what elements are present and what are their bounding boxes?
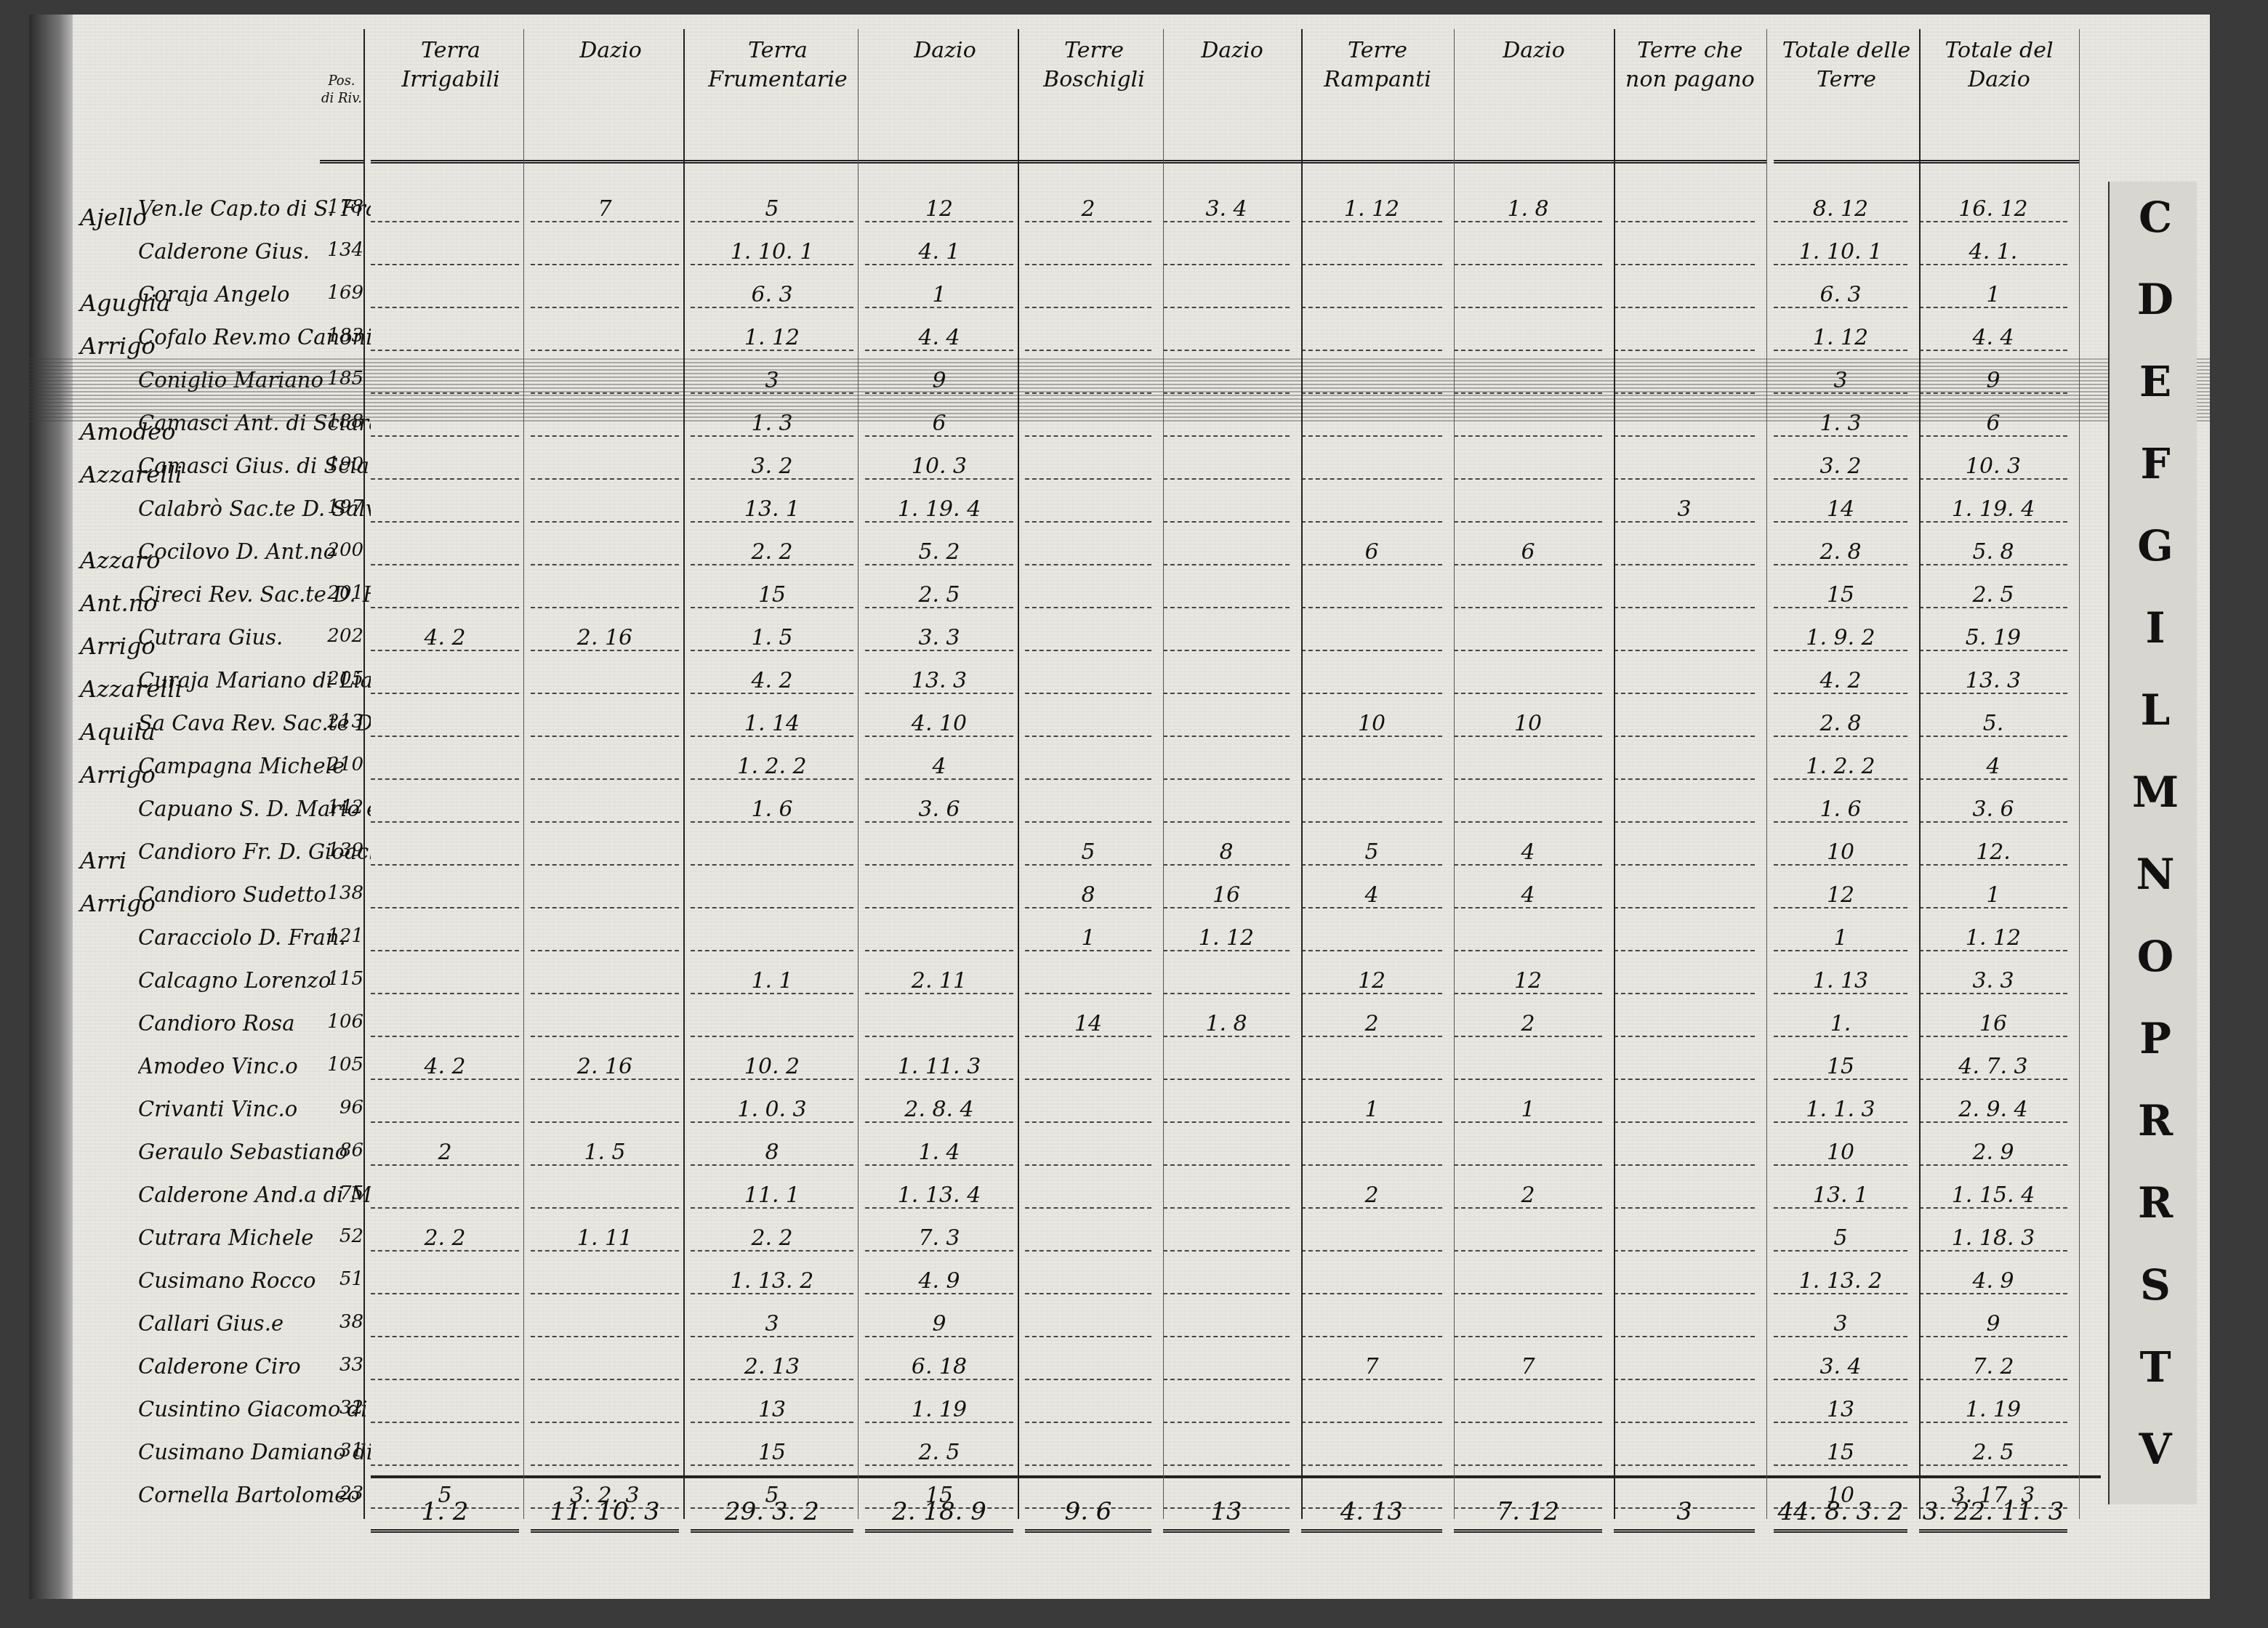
reference-number: 31 [320,1440,363,1462]
cell-d_irr [531,1354,679,1380]
index-letter-tab: F [2115,439,2195,488]
cell-d_bosc [1163,411,1290,437]
reference-number: 200 [320,539,363,561]
reference-number: 115 [320,968,363,990]
cell-t_bosc [1025,711,1151,737]
ledger-row: Caracciolo D. Fran.12111. 1211. 12 [138,925,2115,963]
cell-d_irr: 1. 5 [531,1140,679,1166]
cell-d_frum: 7. 3 [865,1225,1013,1252]
cell-d_ramp [1454,1397,1602,1423]
header-line2: Terre [1774,65,1919,94]
cell-t_nonpag [1614,454,1755,480]
total-tot_terre: 44. 8. 3. 2 [1774,1497,1907,1533]
cell-d_bosc: 16 [1163,882,1290,908]
cell-t_frum: 13. 1 [691,496,853,523]
column-rule [363,29,365,1519]
cell-d_ramp: 7 [1454,1354,1602,1380]
cell-tot_dazio: 3. 6 [1919,797,2067,823]
cell-t_frum: 4. 2 [691,668,853,694]
cell-t_ramp [1301,1140,1442,1166]
cell-t_irr [371,454,519,480]
cell-tot_dazio: 7. 2 [1919,1354,2067,1380]
cell-d_irr [531,668,679,694]
header-underline [320,153,363,164]
cell-t_nonpag [1614,1097,1755,1123]
cell-tot_dazio: 1 [1919,282,2067,308]
cell-t_bosc: 1 [1025,925,1151,951]
cell-d_irr [531,239,679,265]
ledger-row: Coniglio Mariano1853939 [138,368,2115,406]
header-underline [1454,153,1614,164]
header-d_irr: Dazio [531,36,691,160]
cell-t_frum: 15 [691,582,853,608]
header-line1: Terra [371,36,531,65]
header-underline [531,153,691,164]
cell-t_bosc [1025,968,1151,994]
cell-t_bosc [1025,282,1151,308]
header-underline [691,153,865,164]
reference-number: 185 [320,368,363,390]
header-underline [1163,153,1301,164]
index-letter-tab: I [2115,603,2195,653]
cell-t_irr [371,968,519,994]
cell-d_bosc [1163,239,1290,265]
cell-tot_dazio: 5. 8 [1919,539,2067,565]
cell-t_irr [371,539,519,565]
ledger-row: Calabrò Sac.te D. Salv.19713. 11. 19. 43… [138,496,2115,534]
cell-d_bosc [1163,625,1290,651]
cell-t_bosc [1025,325,1151,351]
cell-t_ramp [1301,925,1442,951]
cell-d_irr [531,839,679,866]
cell-d_bosc [1163,1354,1290,1380]
reference-number: 202 [320,625,363,647]
cell-tot_dazio: 2. 5 [1919,1440,2067,1466]
cell-d_bosc [1163,1440,1290,1466]
cell-d_bosc [1163,1311,1290,1337]
cell-t_irr [371,496,519,523]
cell-t_nonpag [1614,882,1755,908]
cell-t_irr [371,711,519,737]
cell-d_ramp [1454,239,1602,265]
cell-tot_terre: 14 [1774,496,1907,523]
cell-d_irr [531,411,679,437]
cell-t_frum: 11. 1 [691,1182,853,1209]
cell-tot_terre: 2. 8 [1774,539,1907,565]
ledger-row: Cocilovo D. Ant.no2002. 25. 2662. 85. 8 [138,539,2115,577]
ledger-row: Capuano S. D. Mario e Gp.1421. 63. 61. 6… [138,797,2115,834]
cell-d_ramp: 2 [1454,1182,1602,1209]
cell-d_irr: 2. 16 [531,1054,679,1080]
cell-d_ramp [1454,1225,1602,1252]
cell-tot_dazio: 13. 3 [1919,668,2067,694]
total-d_frum: 2. 18. 9 [865,1497,1013,1533]
header-t_irr: TerraIrrigabili [371,36,531,160]
cell-d_frum: 10. 3 [865,454,1013,480]
cell-d_bosc [1163,1140,1290,1166]
cell-tot_terre: 1. 13 [1774,968,1907,994]
reference-number: 139 [320,839,363,861]
header-line1: Dazio [1163,36,1301,65]
cell-d_ramp [1454,582,1602,608]
cell-d_ramp [1454,1140,1602,1166]
header-line2: Dazio [1919,65,2079,94]
column-rule [1614,29,1615,1519]
cell-tot_terre: 15 [1774,582,1907,608]
cell-t_ramp: 1. 12 [1301,196,1442,222]
ledger-row: Cireci Rev. Sac.te D. Fr.co201152. 5152.… [138,582,2115,620]
cell-t_bosc [1025,754,1151,780]
cell-t_nonpag [1614,1011,1755,1037]
index-letter-tab: R [2115,1096,2195,1145]
cell-d_frum: 4. 4 [865,325,1013,351]
column-rule [523,29,524,1519]
cell-tot_terre: 1. 2. 2 [1774,754,1907,780]
cell-d_bosc [1163,668,1290,694]
index-letter-tab: C [2115,193,2195,242]
total-t_ramp: 4. 13 [1301,1497,1442,1533]
header-line2: non pagano [1614,65,1766,94]
reference-number: 213 [320,711,363,733]
reference-number: 75 [320,1182,363,1204]
cell-tot_terre: 4. 2 [1774,668,1907,694]
cell-t_bosc [1025,1097,1151,1123]
cell-t_ramp: 2 [1301,1182,1442,1209]
cell-d_irr [531,1268,679,1294]
cell-t_irr [371,582,519,608]
total-t_frum: 29. 3. 2 [691,1497,853,1533]
cell-t_ramp [1301,754,1442,780]
reference-number: 106 [320,1011,363,1033]
cell-t_ramp [1301,411,1442,437]
cell-tot_terre: 3 [1774,368,1907,394]
cell-d_ramp [1454,411,1602,437]
cell-tot_dazio: 4. 7. 3 [1919,1054,2067,1080]
ledger-row: Curaja Mariano di Liano2054. 213. 34. 21… [138,668,2115,706]
cell-t_ramp: 2 [1301,1011,1442,1037]
cell-tot_terre: 3. 2 [1774,454,1907,480]
cell-t_frum [691,1011,853,1037]
column-rule [1163,29,1164,1519]
cell-tot_terre: 1. 3 [1774,411,1907,437]
header-line2: Boschigli [1025,65,1163,94]
reference-number: 201 [320,582,363,604]
cell-t_irr [371,1268,519,1294]
cell-t_bosc [1025,1054,1151,1080]
page-binding-edge [29,15,73,1599]
index-letter-tab: T [2115,1342,2195,1392]
reference-number: 51 [320,1268,363,1290]
ledger-row: Calcagno Lorenzo1151. 12. 1112121. 133. … [138,968,2115,1006]
cell-d_frum: 2. 5 [865,1440,1013,1466]
cell-d_ramp [1454,1440,1602,1466]
reference-number: 38 [320,1311,363,1333]
cell-d_frum [865,1011,1013,1037]
cell-t_irr [371,1354,519,1380]
total-d_ramp: 7. 12 [1454,1497,1602,1533]
total-t_nonpag: 3 [1614,1497,1755,1533]
reference-number: 134 [320,239,363,261]
reference-number: 169 [320,282,363,304]
cell-d_ramp [1454,668,1602,694]
cell-t_irr [371,1311,519,1337]
cell-t_bosc [1025,1140,1151,1166]
ledger-row: Campagna Michele2101. 2. 241. 2. 24 [138,754,2115,791]
cell-t_bosc: 14 [1025,1011,1151,1037]
cell-d_frum: 1 [865,282,1013,308]
column-rule [683,29,685,1519]
cell-tot_dazio: 1. 15. 4 [1919,1182,2067,1209]
cell-d_bosc: 8 [1163,839,1290,866]
cell-d_bosc [1163,1182,1290,1209]
ledger-row: Cutrara Michele522. 21. 112. 27. 351. 18… [138,1225,2115,1263]
cell-t_nonpag [1614,925,1755,951]
total-t_bosc: 9. 6 [1025,1497,1151,1533]
cell-tot_dazio: 16 [1919,1011,2067,1037]
column-rule [1766,29,1767,1519]
cell-t_nonpag [1614,582,1755,608]
cell-d_bosc [1163,711,1290,737]
total-d_irr: 11. 10. 3 [531,1497,679,1533]
total-t_irr: 1. 2 [371,1497,519,1533]
cell-t_bosc [1025,239,1151,265]
header-underline [371,153,531,164]
cell-t_bosc [1025,625,1151,651]
cell-t_irr: 4. 2 [371,625,519,651]
cell-t_irr [371,1097,519,1123]
cell-tot_terre: 1. 10. 1 [1774,239,1907,265]
cell-t_ramp: 12 [1301,968,1442,994]
cell-t_irr [371,882,519,908]
cell-d_bosc [1163,1054,1290,1080]
column-rule [858,29,858,1519]
header-underline [1774,153,1919,164]
cell-t_irr [371,1011,519,1037]
cell-d_bosc [1163,539,1290,565]
ledger-row: Cutrara Gius.2024. 22. 161. 53. 31. 9. 2… [138,625,2115,663]
cell-t_nonpag [1614,754,1755,780]
index-letter-tab: S [2115,1260,2195,1310]
ledger-row: Cusintino Giacomo di N.32131. 19131. 19 [138,1397,2115,1435]
cell-d_irr [531,1311,679,1337]
header-line1: Terre che [1614,36,1766,65]
header-line1: Terre [1301,36,1454,65]
ledger-row: Sa Cava Rev. Sac.te D. Gir.mo2131. 144. … [138,711,2115,749]
cell-tot_dazio: 6 [1919,411,2067,437]
cell-tot_dazio: 2. 9 [1919,1140,2067,1166]
ledger-row: Calderone And.a di Mano7511. 11. 13. 422… [138,1182,2115,1220]
cell-t_nonpag [1614,1311,1755,1337]
cell-tot_terre: 1. 12 [1774,325,1907,351]
cell-t_frum [691,882,853,908]
cell-t_frum: 1. 6 [691,797,853,823]
cell-t_irr [371,282,519,308]
cell-t_frum: 6. 3 [691,282,853,308]
cell-t_bosc [1025,1440,1151,1466]
cell-d_bosc [1163,282,1290,308]
cell-t_nonpag [1614,325,1755,351]
cell-t_ramp [1301,1397,1442,1423]
cell-d_irr [531,1182,679,1209]
cell-d_irr [531,968,679,994]
header-underline [1614,153,1766,164]
ledger-row: Calderone Gius.1341. 10. 14. 11. 10. 14.… [138,239,2115,277]
cell-d_irr [531,1440,679,1466]
header-line1: Totale del [1919,36,2079,65]
header-underline [1025,153,1163,164]
reference-number: 138 [320,882,363,904]
cell-d_ramp [1454,496,1602,523]
cell-d_frum: 4. 9 [865,1268,1013,1294]
cell-t_frum: 13 [691,1397,853,1423]
cell-tot_terre: 1. 6 [1774,797,1907,823]
cell-t_frum: 15 [691,1440,853,1466]
cell-tot_dazio: 4. 1. [1919,239,2067,265]
cell-d_ramp [1454,454,1602,480]
cell-t_bosc [1025,582,1151,608]
cell-d_ramp [1454,282,1602,308]
cell-d_ramp: 12 [1454,968,1602,994]
cell-t_frum: 2. 2 [691,1225,853,1252]
cell-t_nonpag [1614,968,1755,994]
index-letter-tab: P [2115,1014,2195,1063]
cell-d_ramp: 10 [1454,711,1602,737]
reference-number: 142 [320,797,363,818]
cell-d_ramp [1454,625,1602,651]
cell-t_irr [371,239,519,265]
total-tot_dazio: 3. 22. 11. 3 [1919,1497,2067,1533]
cell-t_frum: 1. 13. 2 [691,1268,853,1294]
cell-t_nonpag [1614,711,1755,737]
cell-d_ramp: 4 [1454,839,1602,866]
ledger-row: Calderone Ciro332. 136. 18773. 47. 2 [138,1354,2115,1392]
cell-t_frum: 5 [691,196,853,222]
cell-d_frum: 13. 3 [865,668,1013,694]
ledger-row: Camasci Ant. di Sciara1881. 361. 36 [138,411,2115,448]
cell-d_ramp [1454,325,1602,351]
reference-number: 178 [320,196,363,218]
cell-t_ramp: 7 [1301,1354,1442,1380]
cell-tot_terre: 8. 12 [1774,196,1907,222]
header-line1: Terra [691,36,865,65]
cell-t_frum [691,925,853,951]
cell-t_ramp [1301,797,1442,823]
reference-number: 183 [320,325,363,347]
cell-d_ramp [1454,925,1602,951]
reference-number: 205 [320,668,363,690]
cell-d_frum: 9 [865,368,1013,394]
cell-t_irr [371,368,519,394]
cell-t_irr [371,196,519,222]
cell-t_nonpag [1614,1054,1755,1080]
cell-d_irr [531,539,679,565]
cell-t_irr [371,411,519,437]
cell-t_ramp: 5 [1301,839,1442,866]
cell-d_frum: 4. 1 [865,239,1013,265]
index-letter-tab: O [2115,932,2195,981]
cell-t_bosc: 5 [1025,839,1151,866]
cell-t_frum: 1. 5 [691,625,853,651]
cell-d_frum: 5. 2 [865,539,1013,565]
ledger-row: Cusimano Rocco511. 13. 24. 91. 13. 24. 9 [138,1268,2115,1306]
cell-t_nonpag [1614,668,1755,694]
header-line2: Rampanti [1301,65,1454,94]
cell-d_bosc [1163,325,1290,351]
cell-d_ramp: 2 [1454,1011,1602,1037]
cell-t_frum: 3. 2 [691,454,853,480]
cell-d_bosc [1163,797,1290,823]
cell-tot_dazio: 1. 19. 4 [1919,496,2067,523]
cell-tot_terre: 12 [1774,882,1907,908]
cell-t_ramp [1301,454,1442,480]
cell-d_irr [531,496,679,523]
reference-number: 188 [320,411,363,432]
header-line1: Dazio [531,36,691,65]
cell-t_bosc [1025,1268,1151,1294]
cell-t_ramp [1301,1311,1442,1337]
cell-t_nonpag [1614,1268,1755,1294]
cell-d_bosc [1163,968,1290,994]
cell-d_bosc [1163,582,1290,608]
cell-t_frum: 1. 12 [691,325,853,351]
cell-tot_terre: 1. 1. 3 [1774,1097,1907,1123]
cell-tot_dazio: 1. 18. 3 [1919,1225,2067,1252]
cell-t_nonpag [1614,239,1755,265]
ledger-row: Crivanti Vinc.o961. 0. 32. 8. 4111. 1. 3… [138,1097,2115,1135]
index-letter-tab: E [2115,357,2195,406]
cell-tot_terre: 5 [1774,1225,1907,1252]
ledger-row: Candioro Rosa106141. 8221.16 [138,1011,2115,1049]
header-d_frum: Dazio [865,36,1025,160]
cell-d_bosc [1163,496,1290,523]
cell-t_frum: 1. 14 [691,711,853,737]
cell-t_nonpag [1614,1225,1755,1252]
header-line2: di Riv. [320,90,363,108]
cell-d_frum [865,839,1013,866]
cell-d_ramp [1454,754,1602,780]
cell-t_bosc [1025,411,1151,437]
cell-t_irr [371,1397,519,1423]
cell-tot_terre: 6. 3 [1774,282,1907,308]
cell-tot_dazio: 5. 19 [1919,625,2067,651]
cell-d_irr [531,454,679,480]
cell-d_bosc [1163,368,1290,394]
ledger-row: Cusimano Damiano di Fp.31152. 5152. 5 [138,1440,2115,1478]
header-underline [865,153,1025,164]
cell-d_bosc [1163,754,1290,780]
header-line1: Totale delle [1774,36,1919,65]
cell-d_irr [531,882,679,908]
ledger-row: Geraulo Sebastiano8621. 581. 4102. 9 [138,1140,2115,1177]
cell-d_frum: 3. 3 [865,625,1013,651]
cell-d_irr [531,711,679,737]
cell-d_frum: 1. 19 [865,1397,1013,1423]
header-underline [1301,153,1454,164]
cell-d_irr [531,1397,679,1423]
cell-t_nonpag [1614,839,1755,866]
cell-t_frum [691,839,853,866]
cell-d_bosc: 1. 12 [1163,925,1290,951]
cell-d_irr: 1. 11 [531,1225,679,1252]
cell-t_nonpag [1614,282,1755,308]
cell-d_frum: 1. 19. 4 [865,496,1013,523]
cell-t_bosc [1025,1182,1151,1209]
cell-t_irr: 2 [371,1140,519,1166]
cell-t_nonpag [1614,797,1755,823]
cell-t_bosc [1025,496,1151,523]
index-letter-tab: M [2115,767,2195,817]
ledger-row: Candioro Fr. D. Gioach.no13958541012. [138,839,2115,877]
